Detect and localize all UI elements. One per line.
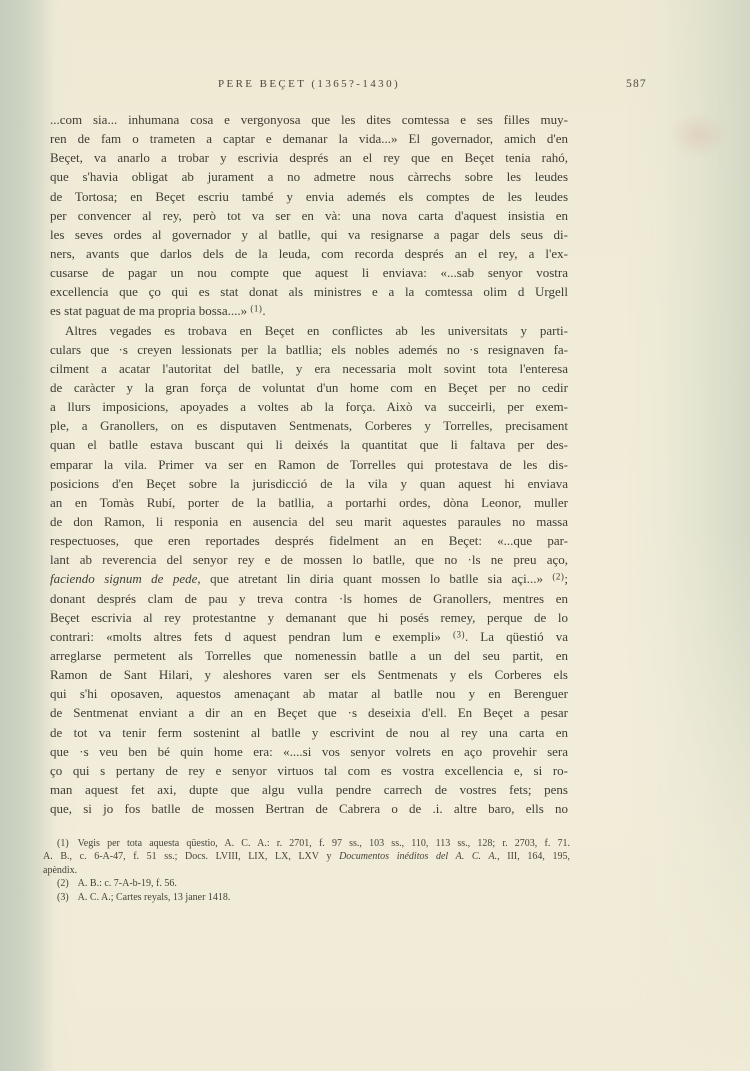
text-line: de caràcter y la gran força de voluntat … bbox=[50, 378, 568, 397]
text-line: ...com sia... inhumana cosa e vergonyosa… bbox=[50, 110, 568, 129]
text-line: lant ab reverencia del senyor rey e de m… bbox=[50, 550, 568, 569]
text-line: faciendo signum de pede, que atretant li… bbox=[50, 569, 568, 588]
text-line: an en Tomàs Rubí, porter de la batllia, … bbox=[50, 493, 568, 512]
text-line: de Sentmenat enviant a dir an en Beçet q… bbox=[50, 703, 568, 722]
text-line: emparar la vila. Primer va ser en Ramon … bbox=[50, 455, 568, 474]
text-line: man aquest fet axi, dupte que algu vulla… bbox=[50, 780, 568, 799]
text-line: quan el batlle estava buscant qui li dei… bbox=[50, 435, 568, 454]
text-line: qui s'hi oposaven, aquestos amenaçant ab… bbox=[50, 684, 568, 703]
text-line: Beçet, va anarlo a trobar y escrivia des… bbox=[50, 148, 568, 167]
running-header-title: PERE BEÇET (1365?-1430) bbox=[50, 78, 568, 90]
text-line: ren de fam o trameten a captar e demanar… bbox=[50, 129, 568, 148]
text-line: posicions d'en Beçet sobre la jurisdicci… bbox=[50, 474, 568, 493]
page-right-edge-shadow bbox=[625, 0, 750, 1071]
text-line: Beçet escrivia al rey protestantne y dem… bbox=[50, 608, 568, 627]
footnote-line: (1)Vegis per tota aquesta qüestio, A. C.… bbox=[43, 837, 570, 850]
text-line: ple, a Granollers, on es disputaven Sent… bbox=[50, 416, 568, 435]
page-number: 587 bbox=[626, 78, 647, 90]
footnotes: (1)Vegis per tota aquesta qüestio, A. C.… bbox=[43, 837, 570, 904]
text-line: de Tortosa; en Beçet escriu també y envi… bbox=[50, 187, 568, 206]
text-line: excellencia que ço qui es stat donat als… bbox=[50, 282, 568, 301]
text-line: que s'havia obligat ab jurament a no adm… bbox=[50, 167, 568, 186]
paper-blemish bbox=[668, 112, 728, 158]
text-line: per convencer al rey, però tot va ser en… bbox=[50, 206, 568, 225]
body-text: ...com sia... inhumana cosa e vergonyosa… bbox=[50, 110, 568, 818]
text-line: ners, avants que darlos dels de la leuda… bbox=[50, 244, 568, 263]
text-line: respectuoses, que eren reportades despré… bbox=[50, 531, 568, 550]
text-line: donant després clam de pau y treva contr… bbox=[50, 589, 568, 608]
text-line: Altres vegades es trobava en Beçet en co… bbox=[50, 321, 568, 340]
scanned-book-page: PERE BEÇET (1365?-1430) 587 ...com sia..… bbox=[0, 0, 750, 1071]
text-line: culars que ·s creyen lessionats per la b… bbox=[50, 340, 568, 359]
text-line: ço qui s pertany de rey e senyor virtuos… bbox=[50, 761, 568, 780]
text-line: Ramon de Sant Hilari, y aleshores varen … bbox=[50, 665, 568, 684]
text-line: de don Ramon, li responia en ausencia de… bbox=[50, 512, 568, 531]
text-line: es stat paguat de ma propria bossa....» … bbox=[50, 301, 568, 320]
text-line: les seves ordes al governador y al batll… bbox=[50, 225, 568, 244]
text-line: que ·s veu ben bé quin home era: «....si… bbox=[50, 742, 568, 761]
footnote-line: (2)A. B.: c. 7-A-b-19, f. 56. bbox=[43, 877, 570, 890]
text-line: a llurs imposicions, apoyades a voltes a… bbox=[50, 397, 568, 416]
text-line: contrari: «molts altres fets d aquest pe… bbox=[50, 627, 568, 646]
text-line: cilment a acatar l'autoritat del batlle,… bbox=[50, 359, 568, 378]
footnote-line: A. B., c. 6-A-47, f. 51 ss.; Docs. LVIII… bbox=[43, 850, 570, 863]
footnote-line: (3)A. C. A.; Cartes reyals, 13 janer 141… bbox=[43, 891, 570, 904]
text-line: cusarse de pagar un nou compte que aques… bbox=[50, 263, 568, 282]
text-line: que, si jo fos batlle de mossen Bertran … bbox=[50, 799, 568, 818]
footnote-line: apèndix. bbox=[43, 864, 570, 877]
text-line: arreglarse permetent als Torrelles que n… bbox=[50, 646, 568, 665]
text-line: de tot va tenir ferm sostenint al batlle… bbox=[50, 723, 568, 742]
